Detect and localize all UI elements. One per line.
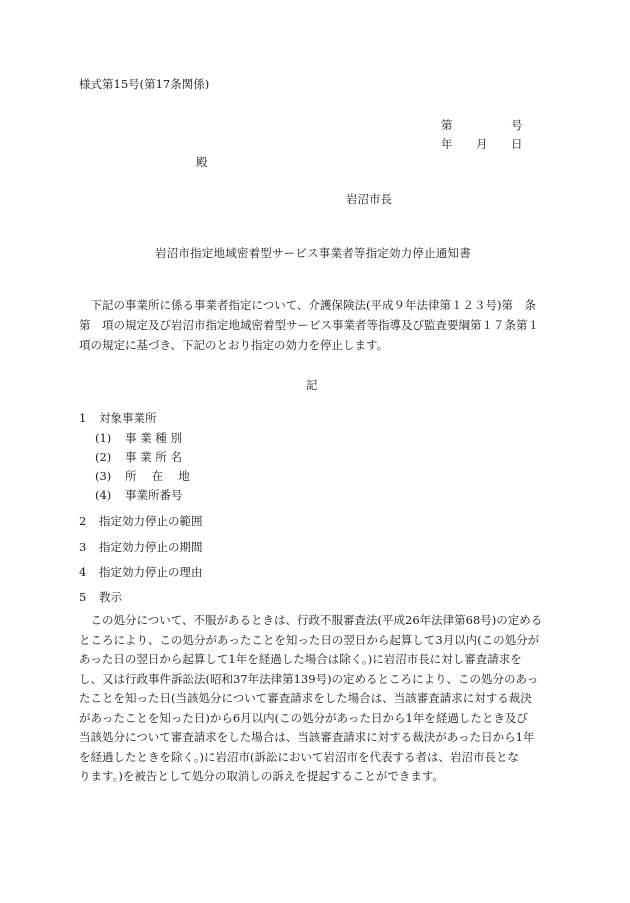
subitem-4: (4)事業所番号 [95,490,183,502]
section-4: 4指定効力停止の理由 [79,567,203,579]
document-number-prefix: 第 [441,120,453,132]
appeal-notice: この処分について、不服があるときは、行政不服審査法(平成26年法律第68号)の定… [79,611,542,787]
document-number-suffix: 号 [511,120,523,132]
notice-line: ところにより、この処分があったことを知った日の翌日から起算して3月以内(この処分… [79,631,542,651]
subitem-1: (1)事 業 種 別 [95,433,182,445]
section-label: 指定効力停止の範囲 [99,514,203,528]
section-2: 2指定効力停止の範囲 [79,516,203,528]
document-title: 岩沼市指定地域密着型サービス事業者等指定効力停止通知書 [155,248,471,260]
notice-line: ります。)を被告として処分の取消しの訴えを提起することができます。 [79,767,542,787]
body-paragraph: 下記の事業所に係る事業者指定について、介護保険法(平成９年法律第１２３号)第 条… [79,295,559,355]
subitem-label: 所 在 地 [125,469,190,483]
section-number: 4 [79,567,99,579]
notice-line: 当該処分について審査請求をした場合は、当該審査請求に対する裁決があった日から1年 [79,728,542,748]
section-3: 3指定効力停止の期間 [79,542,203,554]
section-label: 教示 [99,590,122,604]
date-day: 日 [511,139,523,151]
subitem-label: 事 業 所 名 [125,450,182,464]
body-line: 下記の事業所に係る事業者指定について、介護保険法(平成９年法律第１２３号)第 条 [79,295,559,315]
addressee: 殿 [196,157,208,169]
body-line: 第 項の規定及び岩沼市指定地域密着型サービス事業者等指導及び監査要綱第１７条第１ [79,315,559,335]
notice-line: あった日の翌日から起算して1年を経過した場合は除く。)に岩沼市長に対し審査請求を [79,650,542,670]
form-number: 様式第15号(第17条関係) [79,79,209,91]
section-label: 指定効力停止の期間 [99,540,203,554]
subitem-number: (4) [95,490,125,502]
subitem-number: (3) [95,471,125,483]
notice-line: を経過したときを除く。)に岩沼市(訴訟において岩沼市を代表する者は、岩沼市長とな [79,748,542,768]
body-line: 項の規定に基づき、下記のとおり指定の効力を停止します。 [79,335,559,355]
date-month: 月 [476,139,488,151]
subitem-number: (1) [95,433,125,445]
section-number: 2 [79,516,99,528]
section-number: 3 [79,542,99,554]
ki-heading: 記 [306,380,318,392]
subitem-label: 事 業 種 別 [125,431,182,445]
subitem-3: (3)所 在 地 [95,471,190,483]
notice-line: たことを知った日(当該処分について審査請求をした場合は、当該審査請求に対する裁決 [79,689,542,709]
issuer: 岩沼市長 [346,194,392,206]
section-number: 1 [79,413,99,425]
subitem-label: 事業所番号 [125,488,183,502]
notice-line: があったことを知った日)から6月以内(この処分があった日から1年を経過したとき及… [79,709,542,729]
section-number: 5 [79,592,99,604]
section-5: 5教示 [79,592,122,604]
date-year: 年 [441,139,453,151]
subitem-number: (2) [95,452,125,464]
notice-line: し、又は行政事件訴訟法(昭和37年法律第139号)の定めるところにより、この処分… [79,670,542,690]
section-label: 指定効力停止の理由 [99,565,203,579]
subitem-2: (2)事 業 所 名 [95,452,182,464]
section-label: 対象事業所 [99,411,157,425]
section-1: 1対象事業所 [79,413,157,425]
notice-line: この処分について、不服があるときは、行政不服審査法(平成26年法律第68号)の定… [79,611,542,631]
